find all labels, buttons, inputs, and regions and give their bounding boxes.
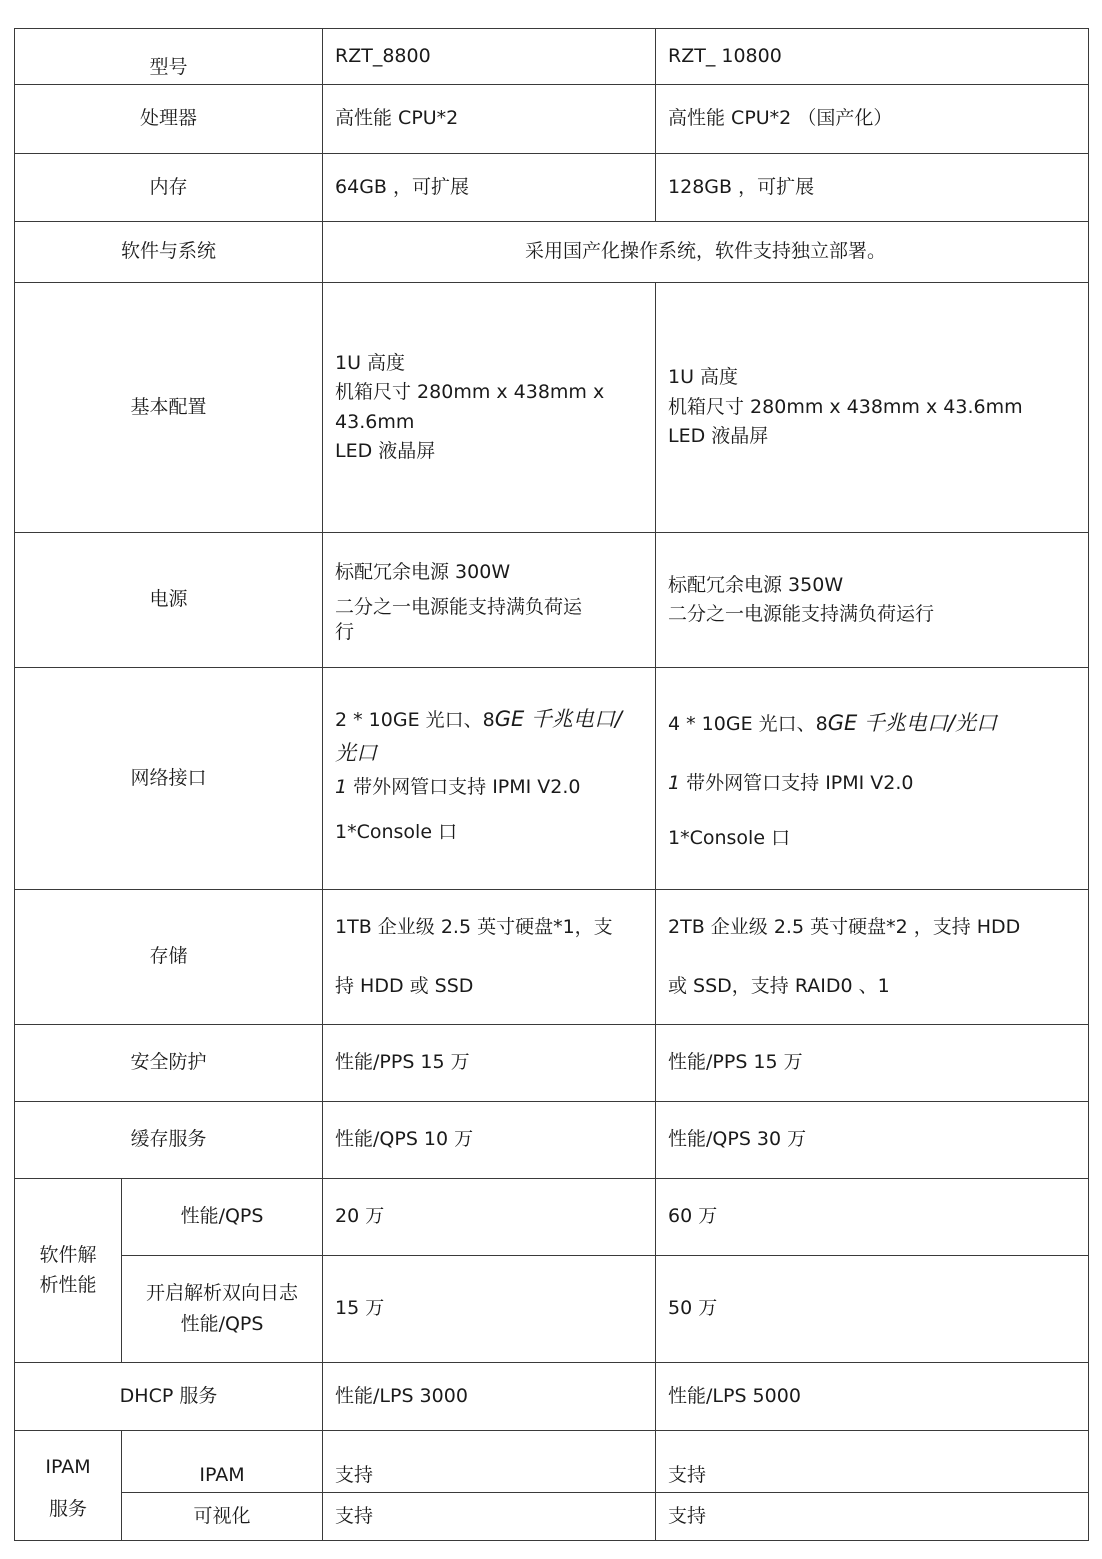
basic-config-a: 1U 高度 机箱尺寸 280mm x 438mm x 43.6mm LED 液晶… (323, 283, 656, 533)
label-basic-config: 基本配置 (15, 283, 323, 533)
label-storage: 存储 (15, 890, 323, 1025)
label-security: 安全防护 (15, 1025, 323, 1102)
dhcp-b: 性能/LPS 5000 (656, 1363, 1089, 1431)
spec-comparison-table: 型号 RZT_8800 RZT_ 10800 处理器 高性能 CPU*2 高性能… (14, 28, 1089, 1541)
storage-b: 2TB 企业级 2.5 英寸硬盘*2 ，支持 HDD 或 SSD，支持 RAID… (656, 890, 1089, 1025)
dns-log-label-line: 开启解析双向日志 (134, 1279, 310, 1308)
visualization-b: 支持 (656, 1493, 1089, 1541)
storage-a-line: 持 HDD 或 SSD (335, 957, 643, 1016)
basic-b-line: 1U 高度 (668, 363, 1076, 392)
cache-b: 性能/QPS 30 万 (656, 1102, 1089, 1179)
basic-a-line: LED 液晶屏 (335, 437, 643, 466)
software-value: 采用国产化操作系统，软件支持独立部署。 (323, 222, 1089, 283)
basic-a-line: 1U 高度 (335, 349, 643, 378)
dhcp-a: 性能/LPS 3000 (323, 1363, 656, 1431)
network-a-line2: 光口 (335, 740, 643, 767)
label-dns-qps: 性能/QPS (122, 1179, 323, 1256)
label-network: 网络接口 (15, 668, 323, 890)
label-dns-group: 软件解 析性能 (15, 1179, 122, 1363)
storage-a-line: 1TB 企业级 2.5 英寸硬盘*1，支 (335, 898, 643, 957)
storage-b-line: 或 SSD，支持 RAID0 、1 (668, 957, 1076, 1016)
row-software: 软件与系统 采用国产化操作系统，软件支持独立部署。 (15, 222, 1089, 283)
label-dns-log-qps: 开启解析双向日志 性能/QPS (122, 1256, 323, 1363)
basic-a-line: 机箱尺寸 280mm x 438mm x (335, 378, 643, 407)
label-cache: 缓存服务 (15, 1102, 323, 1179)
dns-log-qps-a: 15 万 (323, 1256, 656, 1363)
power-a: 标配冗余电源 300W 二分之一电源能支持满负荷运 行 (323, 533, 656, 668)
storage-a: 1TB 企业级 2.5 英寸硬盘*1，支 持 HDD 或 SSD (323, 890, 656, 1025)
row-memory: 内存 64GB ，可扩展 128GB ，可扩展 (15, 154, 1089, 222)
label-dhcp: DHCP 服务 (15, 1363, 323, 1431)
dns-qps-a: 20 万 (323, 1179, 656, 1256)
security-a: 性能/PPS 15 万 (323, 1025, 656, 1102)
network-a-line1-italic: GE 千兆电口/ (495, 707, 622, 731)
row-storage: 存储 1TB 企业级 2.5 英寸硬盘*1，支 持 HDD 或 SSD 2TB … (15, 890, 1089, 1025)
model-a: RZT_8800 (323, 29, 656, 85)
network-a-line3-num: 1 (335, 776, 347, 798)
basic-b-line: 机箱尺寸 280mm x 438mm x 43.6mm (668, 393, 1076, 422)
cpu-b: 高性能 CPU*2 （国产化） (656, 85, 1089, 154)
label-software: 软件与系统 (15, 222, 323, 283)
ipam-b: 支持 (656, 1431, 1089, 1493)
network-b-line1-italic: GE 千兆电口/光口 (828, 711, 997, 735)
ipam-a: 支持 (323, 1431, 656, 1493)
label-model: 型号 (15, 29, 323, 85)
row-cpu: 处理器 高性能 CPU*2 高性能 CPU*2 （国产化） (15, 85, 1089, 154)
network-a-line1: 2 * 10GE 光口、8 (335, 709, 495, 731)
row-basic-config: 基本配置 1U 高度 机箱尺寸 280mm x 438mm x 43.6mm L… (15, 283, 1089, 533)
memory-a: 64GB ，可扩展 (323, 154, 656, 222)
dns-log-label-line: 性能/QPS (134, 1309, 310, 1339)
label-visualization: 可视化 (122, 1493, 323, 1541)
dns-log-qps-b: 50 万 (656, 1256, 1089, 1363)
network-b-line4: 1*Console 口 (668, 812, 1076, 865)
cache-a: 性能/QPS 10 万 (323, 1102, 656, 1179)
dns-qps-b: 60 万 (656, 1179, 1089, 1256)
model-b: RZT_ 10800 (656, 29, 1089, 85)
row-ipam: IPAM 服务 IPAM 支持 支持 (15, 1431, 1089, 1493)
row-model: 型号 RZT_8800 RZT_ 10800 (15, 29, 1089, 85)
row-dhcp: DHCP 服务 性能/LPS 3000 性能/LPS 5000 (15, 1363, 1089, 1431)
row-dns-log-qps: 开启解析双向日志 性能/QPS 15 万 50 万 (15, 1256, 1089, 1363)
row-dns-qps: 软件解 析性能 性能/QPS 20 万 60 万 (15, 1179, 1089, 1256)
memory-b: 128GB ，可扩展 (656, 154, 1089, 222)
network-b: 4 * 10GE 光口、8GE 千兆电口/光口 1 带外网管口支持 IPMI V… (656, 668, 1089, 890)
dns-group-line: 软件解 (27, 1241, 109, 1270)
label-power: 电源 (15, 533, 323, 668)
network-a-line3: 带外网管口支持 IPMI V2.0 (347, 776, 580, 798)
network-b-line3: 带外网管口支持 IPMI V2.0 (680, 772, 913, 794)
power-a-line: 二分之一电源能支持满负荷运 (335, 595, 643, 620)
basic-b-line: LED 液晶屏 (668, 422, 1076, 451)
network-a-line4: 1*Console 口 (335, 806, 643, 859)
row-power: 电源 标配冗余电源 300W 二分之一电源能支持满负荷运 行 标配冗余电源 35… (15, 533, 1089, 668)
row-security: 安全防护 性能/PPS 15 万 性能/PPS 15 万 (15, 1025, 1089, 1102)
visualization-a: 支持 (323, 1493, 656, 1541)
storage-b-line: 2TB 企业级 2.5 英寸硬盘*2 ，支持 HDD (668, 898, 1076, 957)
power-b-line: 二分之一电源能支持满负荷运行 (668, 600, 1076, 629)
label-ipam-group: IPAM 服务 (15, 1431, 122, 1541)
basic-a-line: 43.6mm (335, 408, 643, 437)
row-network: 网络接口 2 * 10GE 光口、8GE 千兆电口/ 光口 1 带外网管口支持 … (15, 668, 1089, 890)
ipam-group-line: 服务 (27, 1489, 109, 1531)
dns-group-line: 析性能 (27, 1271, 109, 1300)
label-memory: 内存 (15, 154, 323, 222)
security-b: 性能/PPS 15 万 (656, 1025, 1089, 1102)
network-b-line1: 4 * 10GE 光口、8 (668, 713, 828, 735)
power-a-line: 标配冗余电源 300W (335, 556, 643, 589)
power-a-line: 行 (335, 620, 643, 645)
basic-config-b: 1U 高度 机箱尺寸 280mm x 438mm x 43.6mm LED 液晶… (656, 283, 1089, 533)
row-cache: 缓存服务 性能/QPS 10 万 性能/QPS 30 万 (15, 1102, 1089, 1179)
label-cpu: 处理器 (15, 85, 323, 154)
ipam-group-line: IPAM (27, 1447, 109, 1489)
network-b-line3-num: 1 (668, 772, 680, 794)
row-visualization: 可视化 支持 支持 (15, 1493, 1089, 1541)
label-ipam: IPAM (122, 1431, 323, 1493)
cpu-a: 高性能 CPU*2 (323, 85, 656, 154)
power-b: 标配冗余电源 350W 二分之一电源能支持满负荷运行 (656, 533, 1089, 668)
network-a: 2 * 10GE 光口、8GE 千兆电口/ 光口 1 带外网管口支持 IPMI … (323, 668, 656, 890)
power-b-line: 标配冗余电源 350W (668, 571, 1076, 600)
